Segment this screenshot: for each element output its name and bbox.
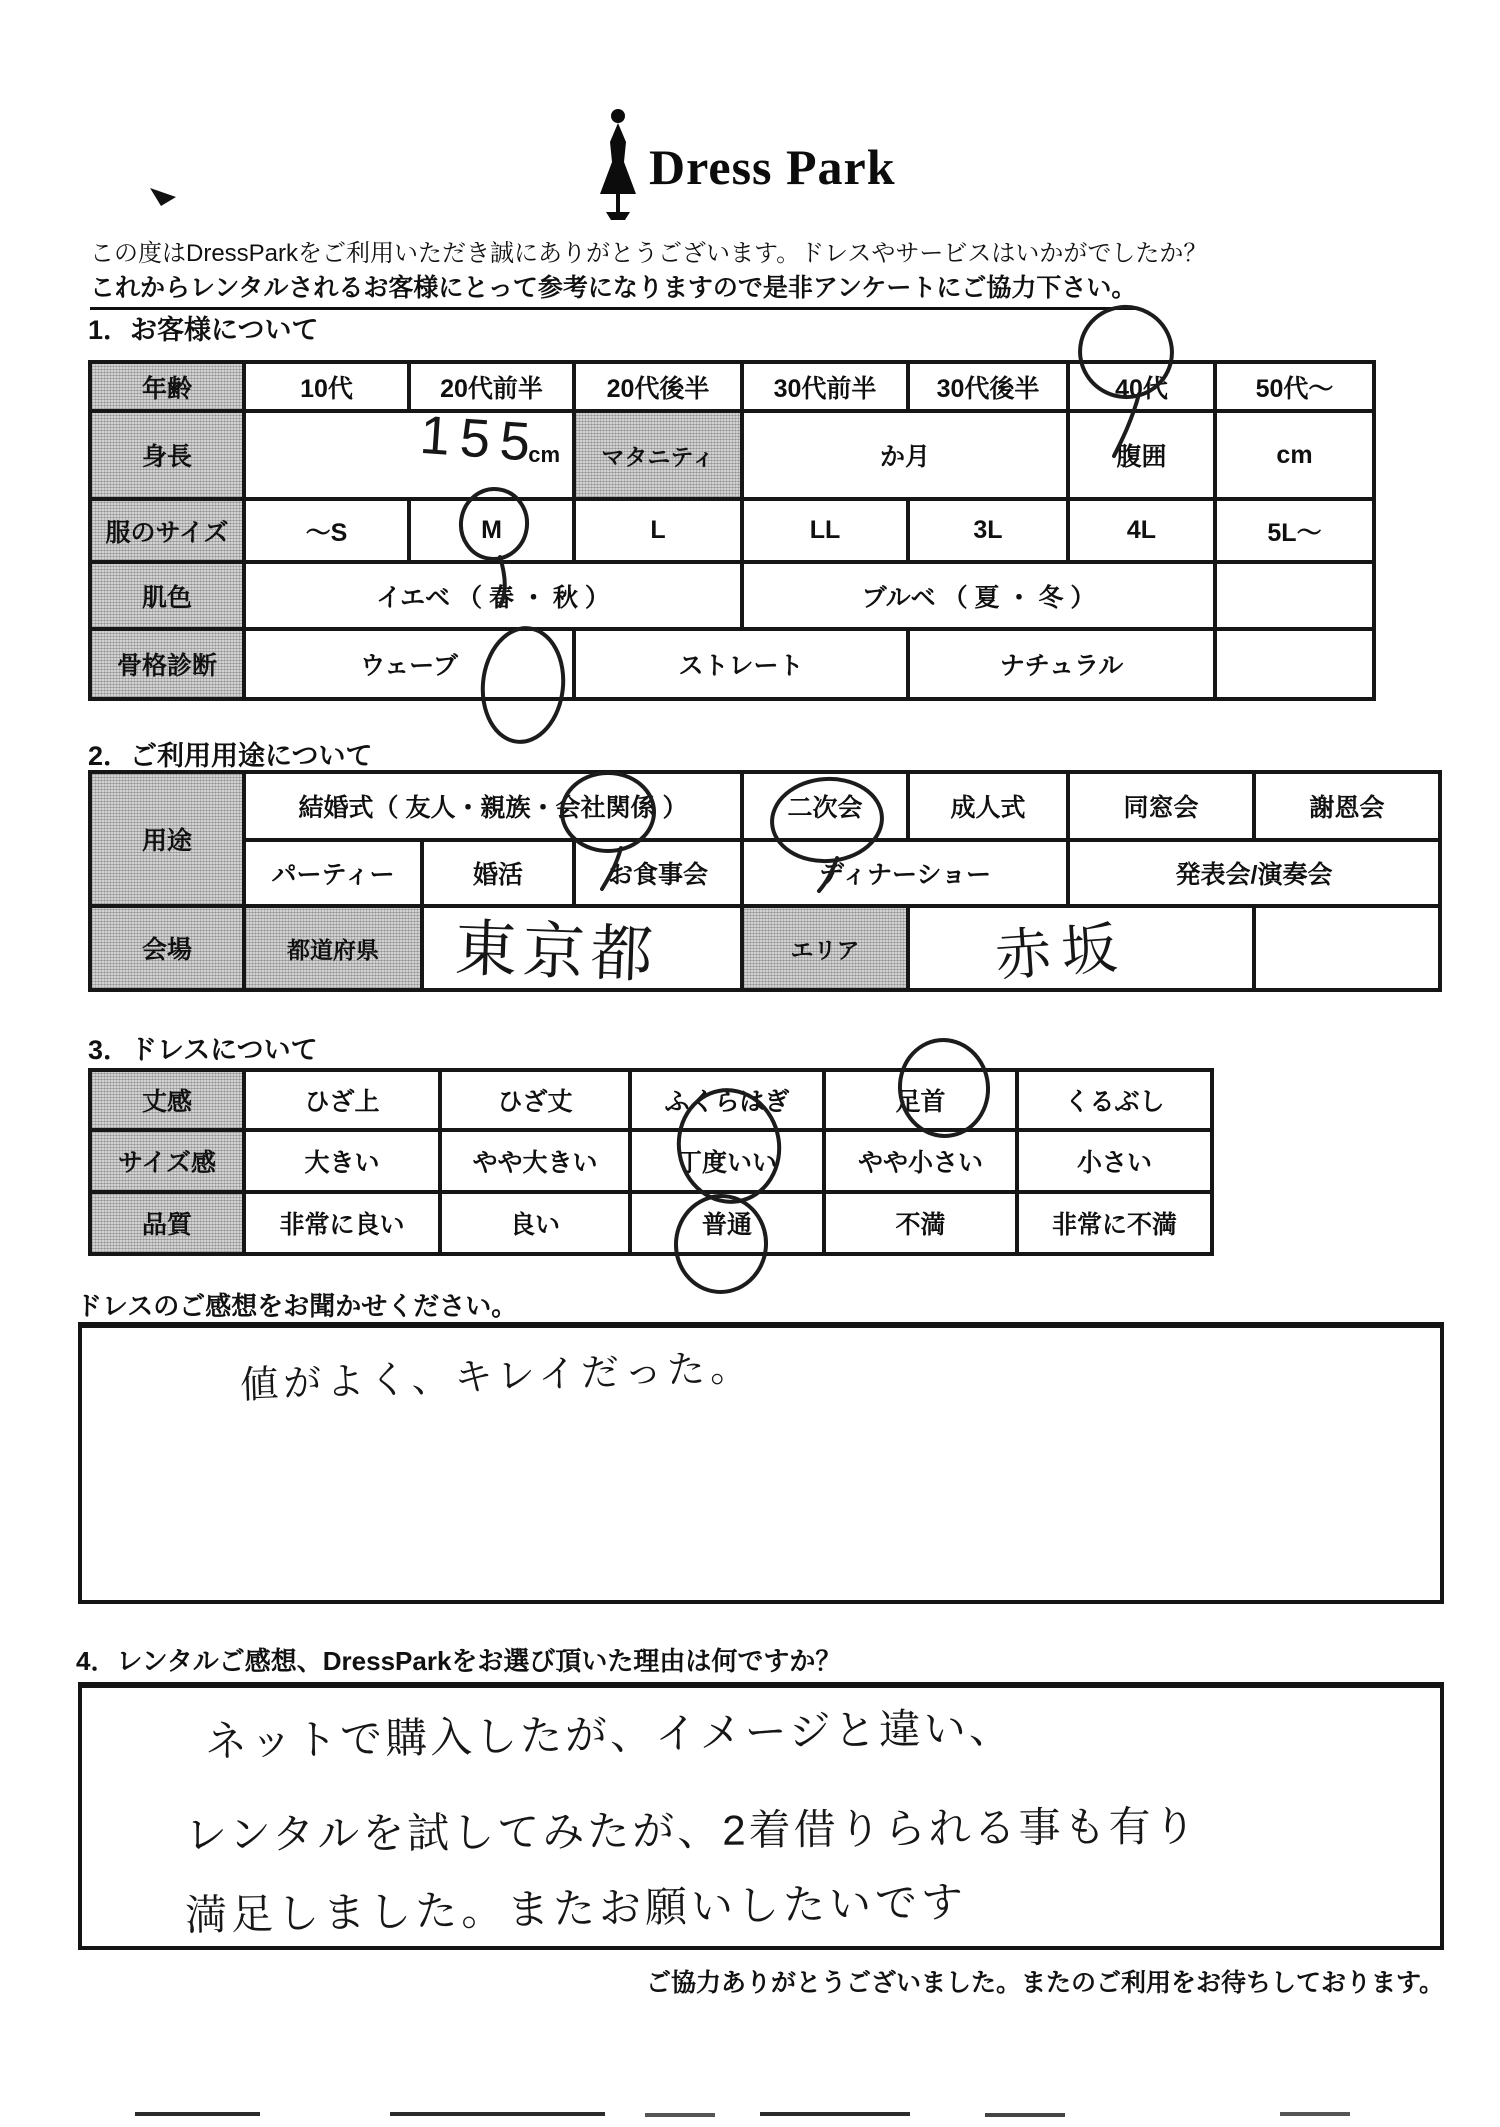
size-row: 服のサイズ ～S M L LL 3L 4L 5L～ [90,499,1374,562]
option-length-anklebone: くるぶし [1017,1070,1212,1130]
option-size-m: M [409,499,574,562]
dress-mannequin-icon [597,108,639,226]
option-age-late30s: 30代後半 [908,362,1068,411]
footer-thanks-text: ご協力ありがとうございました。またのご利用をお待ちしております。 [88,1963,1444,1999]
option-length-above-knee: ひざ上 [244,1070,440,1130]
option-size-3l: 3L [908,499,1068,562]
purpose-table: 用途 結婚式（ 友人・親族・会社関係 ） 二次会 成人式 同窓会 謝恩会 パーテ… [88,770,1442,992]
handwritten-rental-line2: レンタルを試してみたが、2着借りられる事も有り [185,1794,1199,1863]
maternity-months-label: か月 [742,411,1068,499]
scanned-questionnaire: Dress Park この度はDressParkをご利用いただき誠にありがとうご… [0,0,1500,2127]
handwritten-prefecture: 東京都 [454,898,661,994]
empty-cell [1215,629,1374,699]
option-age-40s: 40代 [1068,362,1215,411]
fit-header: サイズ感 [90,1130,244,1192]
option-skeleton-wave: ウェーブ [244,629,574,699]
dress-feedback-label: ドレスのご感想をお聞かせください。 [76,1286,517,1323]
option-purpose-recital: 発表会/演奏会 [1068,840,1440,906]
section2-title: 2．ご利用用途について [88,734,372,773]
option-purpose-party: パーティー [244,840,422,906]
option-fit-slightly-large: やや大きい [440,1130,630,1192]
maternity-label: マタニティ [574,411,742,499]
option-age-early20s: 20代前半 [409,362,574,411]
empty-cell [1215,562,1374,629]
option-age-late20s: 20代後半 [574,362,742,411]
skeleton-header: 骨格診断 [90,629,244,699]
height-row: 身長 cm マタニティ か月 腹囲 cm [90,411,1374,499]
option-quality-dissatisfied: 不満 [824,1192,1017,1254]
option-fit-slightly-small: やや小さい [824,1130,1017,1192]
option-age-10s: 10代 [244,362,409,411]
section4-title: 4．レンタルご感想、DressParkをお選び頂いた理由は何ですか？ [76,1641,841,1678]
option-fit-just-right: 丁度いい [630,1130,824,1192]
option-quality-very-good: 非常に良い [244,1192,440,1254]
option-length-calf: ふくらはぎ [630,1070,824,1130]
option-size-l: L [574,499,742,562]
scan-artifact [985,2113,1065,2117]
prefecture-label: 都道府県 [244,906,422,990]
scan-artifact [645,2113,715,2117]
quality-row: 品質 非常に良い 良い 普通 不満 非常に不満 [90,1192,1212,1254]
logo-text: Dress Park [649,138,896,196]
option-length-knee: ひざ丈 [440,1070,630,1130]
scan-artifact [1280,2112,1350,2116]
intro-text: この度はDressParkをご利用いただき誠にありがとうございます。ドレスやサー… [90,233,1207,268]
venue-row: 会場 都道府県 エリア [90,906,1440,990]
option-purpose-coming-of-age: 成人式 [908,772,1068,840]
option-length-ankle: 足首 [824,1070,1017,1130]
option-purpose-dinner-show: ディナーショー [742,840,1068,906]
option-size-ll: LL [742,499,908,562]
height-header: 身長 [90,411,244,499]
scan-artifact [390,2112,605,2116]
option-skeleton-straight: ストレート [574,629,908,699]
option-fit-small: 小さい [1017,1130,1212,1192]
age-row: 年齢 10代 20代前半 20代後半 30代前半 30代後半 40代 50代～ [90,362,1374,411]
intro-request-text: これからレンタルされるお客様にとって参考になりますので是非アンケートにご協力下さ… [90,268,1136,310]
logo: Dress Park [597,108,896,226]
purpose-header: 用途 [90,772,244,906]
option-purpose-dinner-meeting: お食事会 [574,840,742,906]
option-purpose-reunion: 同窓会 [1068,772,1254,840]
option-purpose-afterparty: 二次会 [742,772,908,840]
option-quality-very-dissatisfied: 非常に不満 [1017,1192,1212,1254]
skin-header: 肌色 [90,562,244,629]
waist-unit: cm [1215,411,1374,499]
size-header: 服のサイズ [90,499,244,562]
option-skeleton-natural: ナチュラル [908,629,1215,699]
option-size-5l: 5L～ [1215,499,1374,562]
section3-title: 3．ドレスについて [88,1028,318,1067]
option-quality-good: 良い [440,1192,630,1254]
option-purpose-wedding: 結婚式（ 友人・親族・会社関係 ） [244,772,742,840]
area-label: エリア [742,906,908,990]
handwritten-height: 155 [418,404,542,474]
stray-pen-mark [150,188,176,206]
option-age-early30s: 30代前半 [742,362,908,411]
purpose-row-1: 用途 結婚式（ 友人・親族・会社関係 ） 二次会 成人式 同窓会 謝恩会 [90,772,1440,840]
fit-row: サイズ感 大きい やや大きい 丁度いい やや小さい 小さい [90,1130,1212,1192]
handwritten-area: 赤坂 [992,903,1129,992]
scan-artifact [760,2112,910,2116]
quality-header: 品質 [90,1192,244,1254]
dress-table: 丈感 ひざ上 ひざ丈 ふくらはぎ 足首 くるぶし サイズ感 大きい やや大きい … [88,1068,1214,1256]
skeleton-row: 骨格診断 ウェーブ ストレート ナチュラル [90,629,1374,699]
option-fit-large: 大きい [244,1130,440,1192]
option-purpose-konkatsu: 婚活 [422,840,574,906]
length-row: 丈感 ひざ上 ひざ丈 ふくらはぎ 足首 くるぶし [90,1070,1212,1130]
length-header: 丈感 [90,1070,244,1130]
age-header: 年齢 [90,362,244,411]
waist-label: 腹囲 [1068,411,1215,499]
empty-cell [1254,906,1440,990]
option-quality-normal: 普通 [630,1192,824,1254]
option-skin-blue-base: ブルベ （ 夏 ・ 冬 ） [742,562,1215,629]
option-size-4l: 4L [1068,499,1215,562]
venue-header: 会場 [90,906,244,990]
scan-artifact [135,2112,260,2116]
option-skin-yellow-base: イエベ （ 春 ・ 秋 ） [244,562,742,629]
option-size-s: ～S [244,499,409,562]
option-purpose-thanks-party: 謝恩会 [1254,772,1440,840]
skin-row: 肌色 イエベ （ 春 ・ 秋 ） ブルベ （ 夏 ・ 冬 ） [90,562,1374,629]
customer-table: 年齢 10代 20代前半 20代後半 30代前半 30代後半 40代 50代～ … [88,360,1376,701]
purpose-row-2: パーティー 婚活 お食事会 ディナーショー 発表会/演奏会 [90,840,1440,906]
section1-title: 1．お客様について [88,308,318,347]
option-age-50s: 50代～ [1215,362,1374,411]
